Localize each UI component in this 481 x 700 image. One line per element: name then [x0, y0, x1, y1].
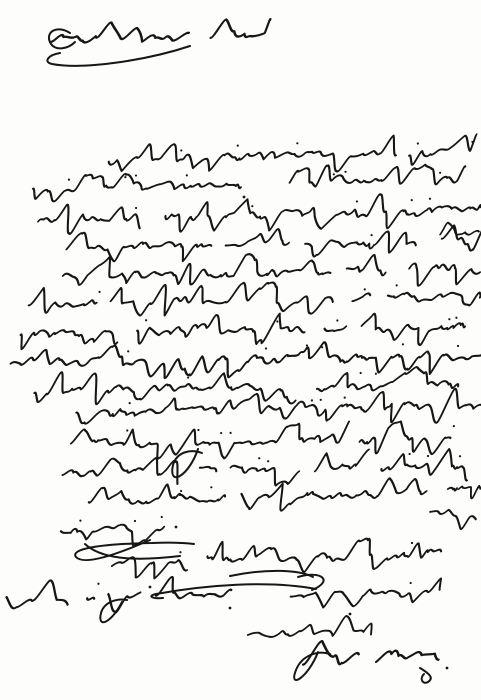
ink-dot [344, 171, 346, 173]
handwriting-flourish [49, 29, 75, 48]
ink-dot [180, 490, 182, 492]
body-line-handwriting [60, 254, 481, 285]
ink-dot [135, 207, 137, 209]
body-line-handwriting [86, 478, 459, 510]
ink-dot [411, 542, 413, 544]
body-line-handwriting [29, 165, 466, 202]
ink-dot [360, 372, 362, 374]
body-line-handwriting [26, 282, 481, 315]
ink-dot [296, 142, 298, 144]
ink-dot [448, 318, 450, 320]
ink-dot [186, 174, 188, 176]
body-line-handwriting [63, 225, 481, 262]
ink-dot [417, 142, 419, 144]
body-line-handwriting [17, 314, 469, 350]
ink-dot [229, 432, 231, 434]
ink-dot [439, 172, 441, 174]
ink-dot [321, 346, 323, 348]
ink-dot [187, 376, 189, 378]
ink-dot [411, 199, 413, 201]
ink-dot [210, 486, 212, 488]
ink-dot [306, 344, 308, 346]
ink-dot [149, 586, 152, 589]
ink-dot [129, 402, 131, 404]
handwriting-flourish [294, 652, 330, 680]
letter-page: Eure Hochwohlgeboren verehrtes Schreiben… [0, 0, 481, 700]
ink-dot [446, 667, 449, 670]
ink-dot [98, 291, 100, 293]
handwriting-flourish [420, 668, 431, 683]
ink-dot [333, 173, 335, 175]
ink-dot [396, 284, 398, 286]
ink-dot [267, 460, 269, 462]
handwriting-fragment [456, 486, 481, 499]
handwriting-fragment [440, 223, 481, 235]
salutation-handwriting [51, 19, 271, 42]
ink-dot [126, 429, 128, 431]
ink-dot [429, 198, 431, 200]
ink-dot [145, 319, 147, 321]
ink-dot [135, 174, 137, 176]
body-line-handwriting [35, 194, 481, 234]
ink-dot [180, 149, 182, 151]
ink-dot [453, 425, 455, 427]
ink-dot [311, 399, 313, 401]
ink-dot [427, 455, 429, 457]
ink-dot [349, 613, 352, 616]
ink-dot [251, 205, 253, 207]
ink-dot [370, 234, 372, 236]
ink-dot [364, 288, 366, 290]
body-line-handwriting [67, 421, 456, 459]
ink-dot [320, 399, 322, 401]
ink-dot [455, 317, 457, 319]
ink-dot [459, 455, 461, 457]
ink-dot [418, 543, 420, 545]
valediction-handwriting [247, 616, 376, 637]
closing-address-handwriting [288, 578, 443, 607]
ink-dot [175, 526, 178, 529]
ink-dot [127, 350, 129, 352]
ink-dot [79, 520, 81, 522]
ink-dot [97, 583, 99, 585]
ink-dot [356, 200, 358, 202]
ink-dot [336, 319, 338, 321]
ink-dot [197, 429, 199, 431]
handwriting-fragment [425, 510, 479, 529]
ink-dot [243, 196, 246, 199]
ink-dot [220, 432, 222, 434]
ink-dot [409, 453, 411, 455]
ink-dot [237, 145, 239, 147]
handwriting-svg [0, 0, 481, 700]
ink-dot [410, 582, 412, 584]
ink-dot [471, 141, 473, 143]
ink-dot [265, 347, 267, 349]
ink-dot [134, 520, 136, 522]
ink-dot [258, 457, 260, 459]
ink-dot [402, 343, 404, 345]
ink-dot [179, 551, 181, 553]
ink-dot [161, 516, 163, 518]
ink-dot [270, 548, 272, 550]
ink-dot [457, 345, 459, 347]
ink-dot [276, 320, 278, 322]
ink-dot [68, 179, 70, 181]
ink-dot [287, 482, 289, 484]
ink-dot [344, 397, 346, 399]
body-line-handwriting [106, 134, 477, 171]
handwriting-flourish [47, 46, 190, 66]
ink-dot [124, 176, 126, 178]
body-line-handwriting [31, 367, 464, 404]
ink-dot [375, 373, 377, 375]
ink-dot [229, 607, 232, 610]
